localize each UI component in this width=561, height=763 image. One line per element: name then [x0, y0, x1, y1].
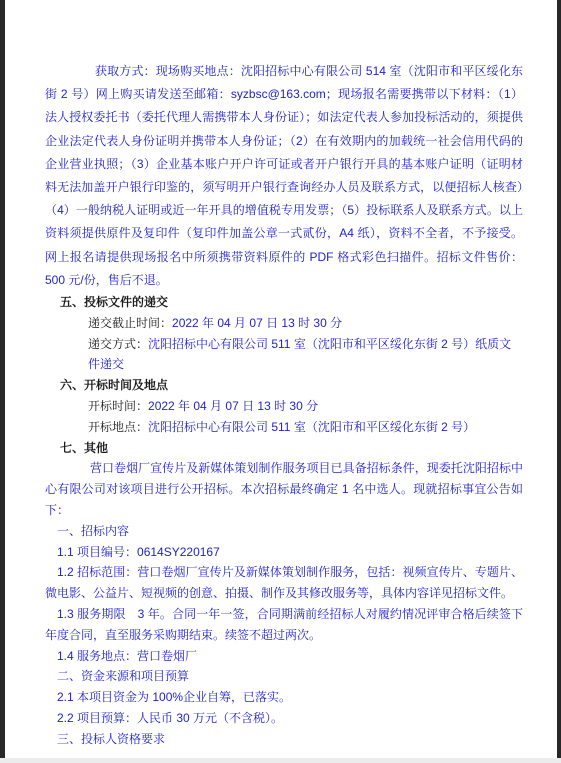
opening-time-value: 2022 年 04 月 07 日 13 时 30 分 [148, 399, 318, 413]
list-heading-funding-budget: 二、资金来源和项目预算 [45, 666, 523, 687]
list-heading-bid-content: 一、招标内容 [45, 521, 523, 542]
submission-deadline-label: 递交截止时间： [88, 316, 172, 330]
document-viewer: 获取方式：现场购买地点：沈阳招标中心有限公司 514 室（沈阳市和平区绥化东街 … [0, 0, 561, 763]
opening-place-line: 开标地点：沈阳招标中心有限公司 511 室（沈阳市和平区绥化东街 2 号） [88, 417, 523, 438]
section-heading-bid-submission: 五、投标文件的递交 [60, 292, 523, 313]
document-content: 获取方式：现场购买地点：沈阳招标中心有限公司 514 室（沈阳市和平区绥化东街 … [5, 0, 557, 758]
document-sections: 五、投标文件的递交 递交截止时间：2022 年 04 月 07 日 13 时 3… [45, 292, 523, 750]
acquisition-paragraph: 获取方式：现场购买地点：沈阳招标中心有限公司 514 室（沈阳市和平区绥化东街 … [45, 60, 523, 292]
section-heading-bid-opening: 六、开标时间及地点 [60, 375, 523, 396]
list-item-bid-scope: 1.2 招标范围：营口卷烟厂宣传片及新媒体策划制作服务，包括：视频宣传片、专题片… [45, 562, 523, 604]
list-item-service-period: 1.3 服务期限 3 年。合同一年一签，合同期满前经招标人对履约情况评审合格后续… [45, 604, 523, 646]
list-item-budget: 2.2 项目预算：人民币 30 万元（不含税）。 [45, 708, 523, 729]
submission-method-line: 递交方式：沈阳招标中心有限公司 511 室（沈阳市和平区绥化东街 2 号）纸质文… [88, 334, 523, 376]
submission-method-label: 递交方式： [88, 337, 148, 351]
list-item-service-location: 1.4 服务地点：营口卷烟厂 [45, 646, 523, 667]
list-heading-bidder-qualification: 三、投标人资格要求 [45, 729, 523, 750]
opening-place-label: 开标地点： [88, 420, 148, 434]
submission-method-value: 沈阳招标中心有限公司 511 室（沈阳市和平区绥化东街 2 号）纸质文件递交 [88, 337, 511, 372]
opening-time-line: 开标时间：2022 年 04 月 07 日 13 时 30 分 [88, 396, 523, 417]
document-page: 获取方式：现场购买地点：沈阳招标中心有限公司 514 室（沈阳市和平区绥化东街 … [5, 0, 557, 763]
submission-deadline-line: 递交截止时间：2022 年 04 月 07 日 13 时 30 分 [88, 313, 523, 334]
section-heading-others: 七、其他 [60, 438, 523, 459]
bottom-edge-bar [0, 758, 561, 763]
project-intro-paragraph: 营口卷烟厂宣传片及新媒体策划制作服务项目已具备招标条件，现委托沈阳招标中心有限公… [45, 458, 523, 520]
list-item-funding: 2.1 本项目资金为 100%企业自筹，已落实。 [45, 687, 523, 708]
list-item-project-number: 1.1 项目编号：0614SY220167 [45, 542, 523, 563]
opening-place-value: 沈阳招标中心有限公司 511 室（沈阳市和平区绥化东街 2 号） [148, 420, 475, 434]
opening-time-label: 开标时间： [88, 399, 148, 413]
submission-deadline-value: 2022 年 04 月 07 日 13 时 30 分 [172, 316, 342, 330]
